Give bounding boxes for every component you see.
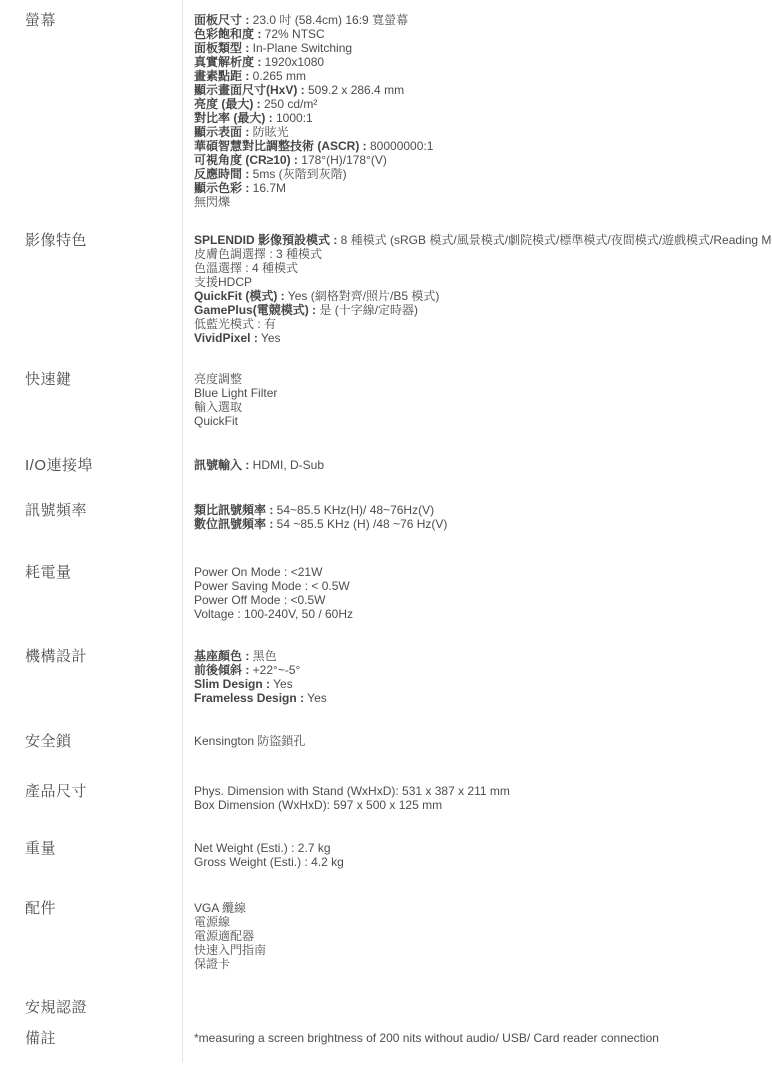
spec-line-value: Yes [270, 677, 293, 691]
spec-line: 電源適配器 [194, 929, 772, 943]
spec-line-value: 無閃爍 [194, 195, 230, 209]
spec-line: VGA 纜線 [194, 901, 772, 915]
spec-line: Power On Mode : <21W [194, 565, 772, 579]
section-label: 備註 [0, 1031, 182, 1047]
spec-line: 顯示表面 : 防眩光 [194, 125, 772, 139]
spec-line: Slim Design : Yes [194, 677, 772, 691]
spec-line-label: 基座顏色 : [194, 649, 249, 663]
section-label: 快速鍵 [0, 372, 182, 388]
section-label: 配件 [0, 901, 182, 917]
spec-line-label: 對比率 (最大) : [194, 111, 273, 125]
spec-line: 基座顏色 : 黑色 [194, 649, 772, 663]
spec-line-label: 可視角度 (CR≥10) : [194, 153, 298, 167]
spec-line-value: Box Dimension (WxHxD): 597 x 500 x 125 m… [194, 798, 442, 812]
spec-line: Phys. Dimension with Stand (WxHxD): 531 … [194, 784, 772, 798]
spec-section-9: 產品尺寸Phys. Dimension with Stand (WxHxD): … [0, 784, 772, 812]
spec-line-value: Yes (網格對齊/照片/B5 模式) [285, 289, 440, 303]
spec-line-value: 亮度調整 [194, 372, 242, 386]
section-label: 影像特色 [0, 233, 182, 249]
spec-line: 皮膚色調選擇 : 3 種模式 [194, 247, 772, 261]
spec-line-value: 23.0 吋 (58.4cm) 16:9 寬螢幕 [249, 13, 408, 27]
section-content: 訊號輸入 : HDMI, D-Sub [182, 458, 772, 472]
spec-line-label: 面板尺寸 : [194, 13, 249, 27]
spec-line: 訊號輸入 : HDMI, D-Sub [194, 458, 772, 472]
spec-line: QuickFit [194, 414, 772, 428]
spec-section-2: 影像特色SPLENDID 影像預設模式 : 8 種模式 (sRGB 模式/風景模… [0, 233, 772, 345]
spec-line-value: In-Plane Switching [249, 41, 352, 55]
spec-line-value: 快速入門指南 [194, 943, 266, 957]
spec-line-value: 電源線 [194, 915, 230, 929]
spec-line: 支援HDCP [194, 275, 772, 289]
spec-line-label: 顯示色彩 : [194, 181, 249, 195]
spec-section-12: 安規認證 [0, 1000, 772, 1016]
spec-line-value: VGA 纜線 [194, 901, 246, 915]
spec-line-value: Gross Weight (Esti.) : 4.2 kg [194, 855, 344, 869]
spec-line: 真實解析度 : 1920x1080 [194, 55, 772, 69]
spec-line-value: 防眩光 [249, 125, 288, 139]
spec-line-label: 華碩智慧對比調整技術 (ASCR) : [194, 139, 367, 153]
spec-section-3: 快速鍵亮度調整Blue Light Filter輸入選取QuickFit [0, 372, 772, 428]
spec-line: 華碩智慧對比調整技術 (ASCR) : 80000000:1 [194, 139, 772, 153]
spec-line-label: VividPixel : [194, 331, 258, 345]
spec-line-value: Blue Light Filter [194, 386, 277, 400]
spec-line-value: QuickFit [194, 414, 238, 428]
section-label: 螢幕 [0, 13, 182, 29]
spec-section-6: 耗電量Power On Mode : <21WPower Saving Mode… [0, 565, 772, 621]
spec-line-value: Yes [304, 691, 327, 705]
spec-line-value: Net Weight (Esti.) : 2.7 kg [194, 841, 331, 855]
spec-line-value: 皮膚色調選擇 : 3 種模式 [194, 247, 322, 261]
spec-section-5: 訊號頻率類比訊號頻率 : 54~85.5 KHz(H)/ 48~76Hz(V)數… [0, 503, 772, 531]
spec-line: 反應時間 : 5ms (灰階到灰階) [194, 167, 772, 181]
spec-line-value: Power Off Mode : <0.5W [194, 593, 326, 607]
spec-line-label: 顯示畫面尺寸(HxV) : [194, 83, 305, 97]
spec-line: 顯示畫面尺寸(HxV) : 509.2 x 286.4 mm [194, 83, 772, 97]
spec-line-label: QuickFit (模式) : [194, 289, 285, 303]
spec-section-4: I/O連接埠訊號輸入 : HDMI, D-Sub [0, 458, 772, 474]
spec-line-value: 178°(H)/178°(V) [298, 153, 387, 167]
spec-line: Frameless Design : Yes [194, 691, 772, 705]
spec-line-label: 數位訊號頻率 : [194, 517, 273, 531]
spec-line: 輸入選取 [194, 400, 772, 414]
spec-line: 色溫選擇 : 4 種模式 [194, 261, 772, 275]
spec-section-7: 機構設計基座顏色 : 黑色前後傾斜 : +22°~-5°Slim Design … [0, 649, 772, 705]
spec-line-label: 色彩飽和度 : [194, 27, 261, 41]
section-label: 產品尺寸 [0, 784, 182, 800]
spec-line: 前後傾斜 : +22°~-5° [194, 663, 772, 677]
spec-line-value: *measuring a screen brightness of 200 ni… [194, 1031, 659, 1045]
spec-line-value: 支援HDCP [194, 275, 252, 289]
spec-line: Blue Light Filter [194, 386, 772, 400]
section-content: SPLENDID 影像預設模式 : 8 種模式 (sRGB 模式/風景模式/劇院… [182, 233, 772, 345]
spec-line-label: 面板類型 : [194, 41, 249, 55]
spec-line-value: Power Saving Mode : < 0.5W [194, 579, 350, 593]
spec-line: 顯示色彩 : 16.7M [194, 181, 772, 195]
spec-line-label: GamePlus(電競模式) : [194, 303, 316, 317]
spec-line: 亮度 (最大) : 250 cd/m² [194, 97, 772, 111]
spec-line-label: 畫素點距 : [194, 69, 249, 83]
section-label: I/O連接埠 [0, 458, 182, 474]
spec-line-value: 低藍光模式 : 有 [194, 317, 276, 331]
spec-line: 快速入門指南 [194, 943, 772, 957]
spec-line-value: 509.2 x 286.4 mm [305, 83, 404, 97]
section-content: VGA 纜線電源線電源適配器快速入門指南保證卡 [182, 901, 772, 971]
spec-line-value: +22°~-5° [249, 663, 300, 677]
spec-line-value: 輸入選取 [194, 400, 242, 414]
spec-line-label: 訊號輸入 : [194, 458, 249, 472]
spec-line: 色彩飽和度 : 72% NTSC [194, 27, 772, 41]
spec-line-value: 電源適配器 [194, 929, 254, 943]
spec-line-value: Power On Mode : <21W [194, 565, 322, 579]
spec-section-13: 備註*measuring a screen brightness of 200 … [0, 1031, 772, 1047]
section-label: 重量 [0, 841, 182, 857]
spec-section-1: 螢幕面板尺寸 : 23.0 吋 (58.4cm) 16:9 寬螢幕色彩飽和度 :… [0, 13, 772, 209]
spec-line: 類比訊號頻率 : 54~85.5 KHz(H)/ 48~76Hz(V) [194, 503, 772, 517]
spec-line: 數位訊號頻率 : 54 ~85.5 KHz (H) /48 ~76 Hz(V) [194, 517, 772, 531]
section-label: 耗電量 [0, 565, 182, 581]
section-content: 面板尺寸 : 23.0 吋 (58.4cm) 16:9 寬螢幕色彩飽和度 : 7… [182, 13, 772, 209]
spec-line-value: 54~85.5 KHz(H)/ 48~76Hz(V) [273, 503, 434, 517]
spec-line: SPLENDID 影像預設模式 : 8 種模式 (sRGB 模式/風景模式/劇院… [194, 233, 772, 247]
spec-section-8: 安全鎖Kensington 防盜鎖孔 [0, 734, 772, 750]
spec-line-value: Yes [258, 331, 281, 345]
spec-line: VividPixel : Yes [194, 331, 772, 345]
spec-line-value: 是 (十字線/定時器) [316, 303, 418, 317]
spec-line-label: 類比訊號頻率 : [194, 503, 273, 517]
spec-line-value: 250 cd/m² [261, 97, 318, 111]
spec-line: 電源線 [194, 915, 772, 929]
spec-line: 低藍光模式 : 有 [194, 317, 772, 331]
spec-section-10: 重量Net Weight (Esti.) : 2.7 kgGross Weigh… [0, 841, 772, 869]
spec-line: Gross Weight (Esti.) : 4.2 kg [194, 855, 772, 869]
section-label: 機構設計 [0, 649, 182, 665]
spec-line-value: HDMI, D-Sub [249, 458, 324, 472]
spec-line-label: 亮度 (最大) : [194, 97, 261, 111]
spec-line-label: Frameless Design : [194, 691, 304, 705]
spec-line: Box Dimension (WxHxD): 597 x 500 x 125 m… [194, 798, 772, 812]
spec-line-value: 0.265 mm [249, 69, 306, 83]
spec-line-label: 前後傾斜 : [194, 663, 249, 677]
section-content: 亮度調整Blue Light Filter輸入選取QuickFit [182, 372, 772, 428]
section-content: Kensington 防盜鎖孔 [182, 734, 772, 748]
section-content: 基座顏色 : 黑色前後傾斜 : +22°~-5°Slim Design : Ye… [182, 649, 772, 705]
spec-line: *measuring a screen brightness of 200 ni… [194, 1031, 772, 1045]
spec-line-value: 8 種模式 (sRGB 模式/風景模式/劇院模式/標準模式/夜間模式/遊戲模式/… [337, 233, 772, 247]
spec-line: 無閃爍 [194, 195, 772, 209]
spec-line-label: SPLENDID 影像預設模式 : [194, 233, 337, 247]
spec-line-label: 顯示表面 : [194, 125, 249, 139]
spec-line: QuickFit (模式) : Yes (網格對齊/照片/B5 模式) [194, 289, 772, 303]
section-content: Net Weight (Esti.) : 2.7 kgGross Weight … [182, 841, 772, 869]
section-content: Power On Mode : <21WPower Saving Mode : … [182, 565, 772, 621]
spec-line: 可視角度 (CR≥10) : 178°(H)/178°(V) [194, 153, 772, 167]
spec-line: Power Off Mode : <0.5W [194, 593, 772, 607]
spec-line: Voltage : 100-240V, 50 / 60Hz [194, 607, 772, 621]
spec-line-value: 80000000:1 [367, 139, 434, 153]
spec-page: 螢幕面板尺寸 : 23.0 吋 (58.4cm) 16:9 寬螢幕色彩飽和度 :… [0, 0, 772, 1074]
spec-line-value: 保證卡 [194, 957, 230, 971]
spec-line: Net Weight (Esti.) : 2.7 kg [194, 841, 772, 855]
spec-line-value: 16.7M [249, 181, 286, 195]
spec-line: 面板尺寸 : 23.0 吋 (58.4cm) 16:9 寬螢幕 [194, 13, 772, 27]
spec-section-11: 配件VGA 纜線電源線電源適配器快速入門指南保證卡 [0, 901, 772, 971]
spec-line-value: Phys. Dimension with Stand (WxHxD): 531 … [194, 784, 510, 798]
spec-line: 亮度調整 [194, 372, 772, 386]
spec-line: 保證卡 [194, 957, 772, 971]
spec-line-value: Kensington 防盜鎖孔 [194, 734, 305, 748]
section-label: 安規認證 [0, 1000, 182, 1016]
section-content: 類比訊號頻率 : 54~85.5 KHz(H)/ 48~76Hz(V)數位訊號頻… [182, 503, 772, 531]
spec-line-label: 真實解析度 : [194, 55, 261, 69]
spec-line: Power Saving Mode : < 0.5W [194, 579, 772, 593]
spec-line: 面板類型 : In-Plane Switching [194, 41, 772, 55]
spec-line-label: Slim Design : [194, 677, 270, 691]
spec-table: 螢幕面板尺寸 : 23.0 吋 (58.4cm) 16:9 寬螢幕色彩飽和度 :… [0, 0, 772, 1047]
spec-line: 對比率 (最大) : 1000:1 [194, 111, 772, 125]
spec-line-value: 5ms (灰階到灰階) [249, 167, 346, 181]
section-content: *measuring a screen brightness of 200 ni… [182, 1031, 772, 1045]
spec-line-value: 54 ~85.5 KHz (H) /48 ~76 Hz(V) [273, 517, 447, 531]
spec-line-value: 1000:1 [273, 111, 313, 125]
section-label: 安全鎖 [0, 734, 182, 750]
section-label: 訊號頻率 [0, 503, 182, 519]
spec-line: Kensington 防盜鎖孔 [194, 734, 772, 748]
spec-line: GamePlus(電競模式) : 是 (十字線/定時器) [194, 303, 772, 317]
spec-line-label: 反應時間 : [194, 167, 249, 181]
spec-line-value: Voltage : 100-240V, 50 / 60Hz [194, 607, 353, 621]
spec-line-value: 72% NTSC [261, 27, 324, 41]
spec-line-value: 黑色 [249, 649, 276, 663]
spec-line: 畫素點距 : 0.265 mm [194, 69, 772, 83]
spec-line-value: 1920x1080 [261, 55, 324, 69]
section-content: Phys. Dimension with Stand (WxHxD): 531 … [182, 784, 772, 812]
spec-line-value: 色溫選擇 : 4 種模式 [194, 261, 298, 275]
